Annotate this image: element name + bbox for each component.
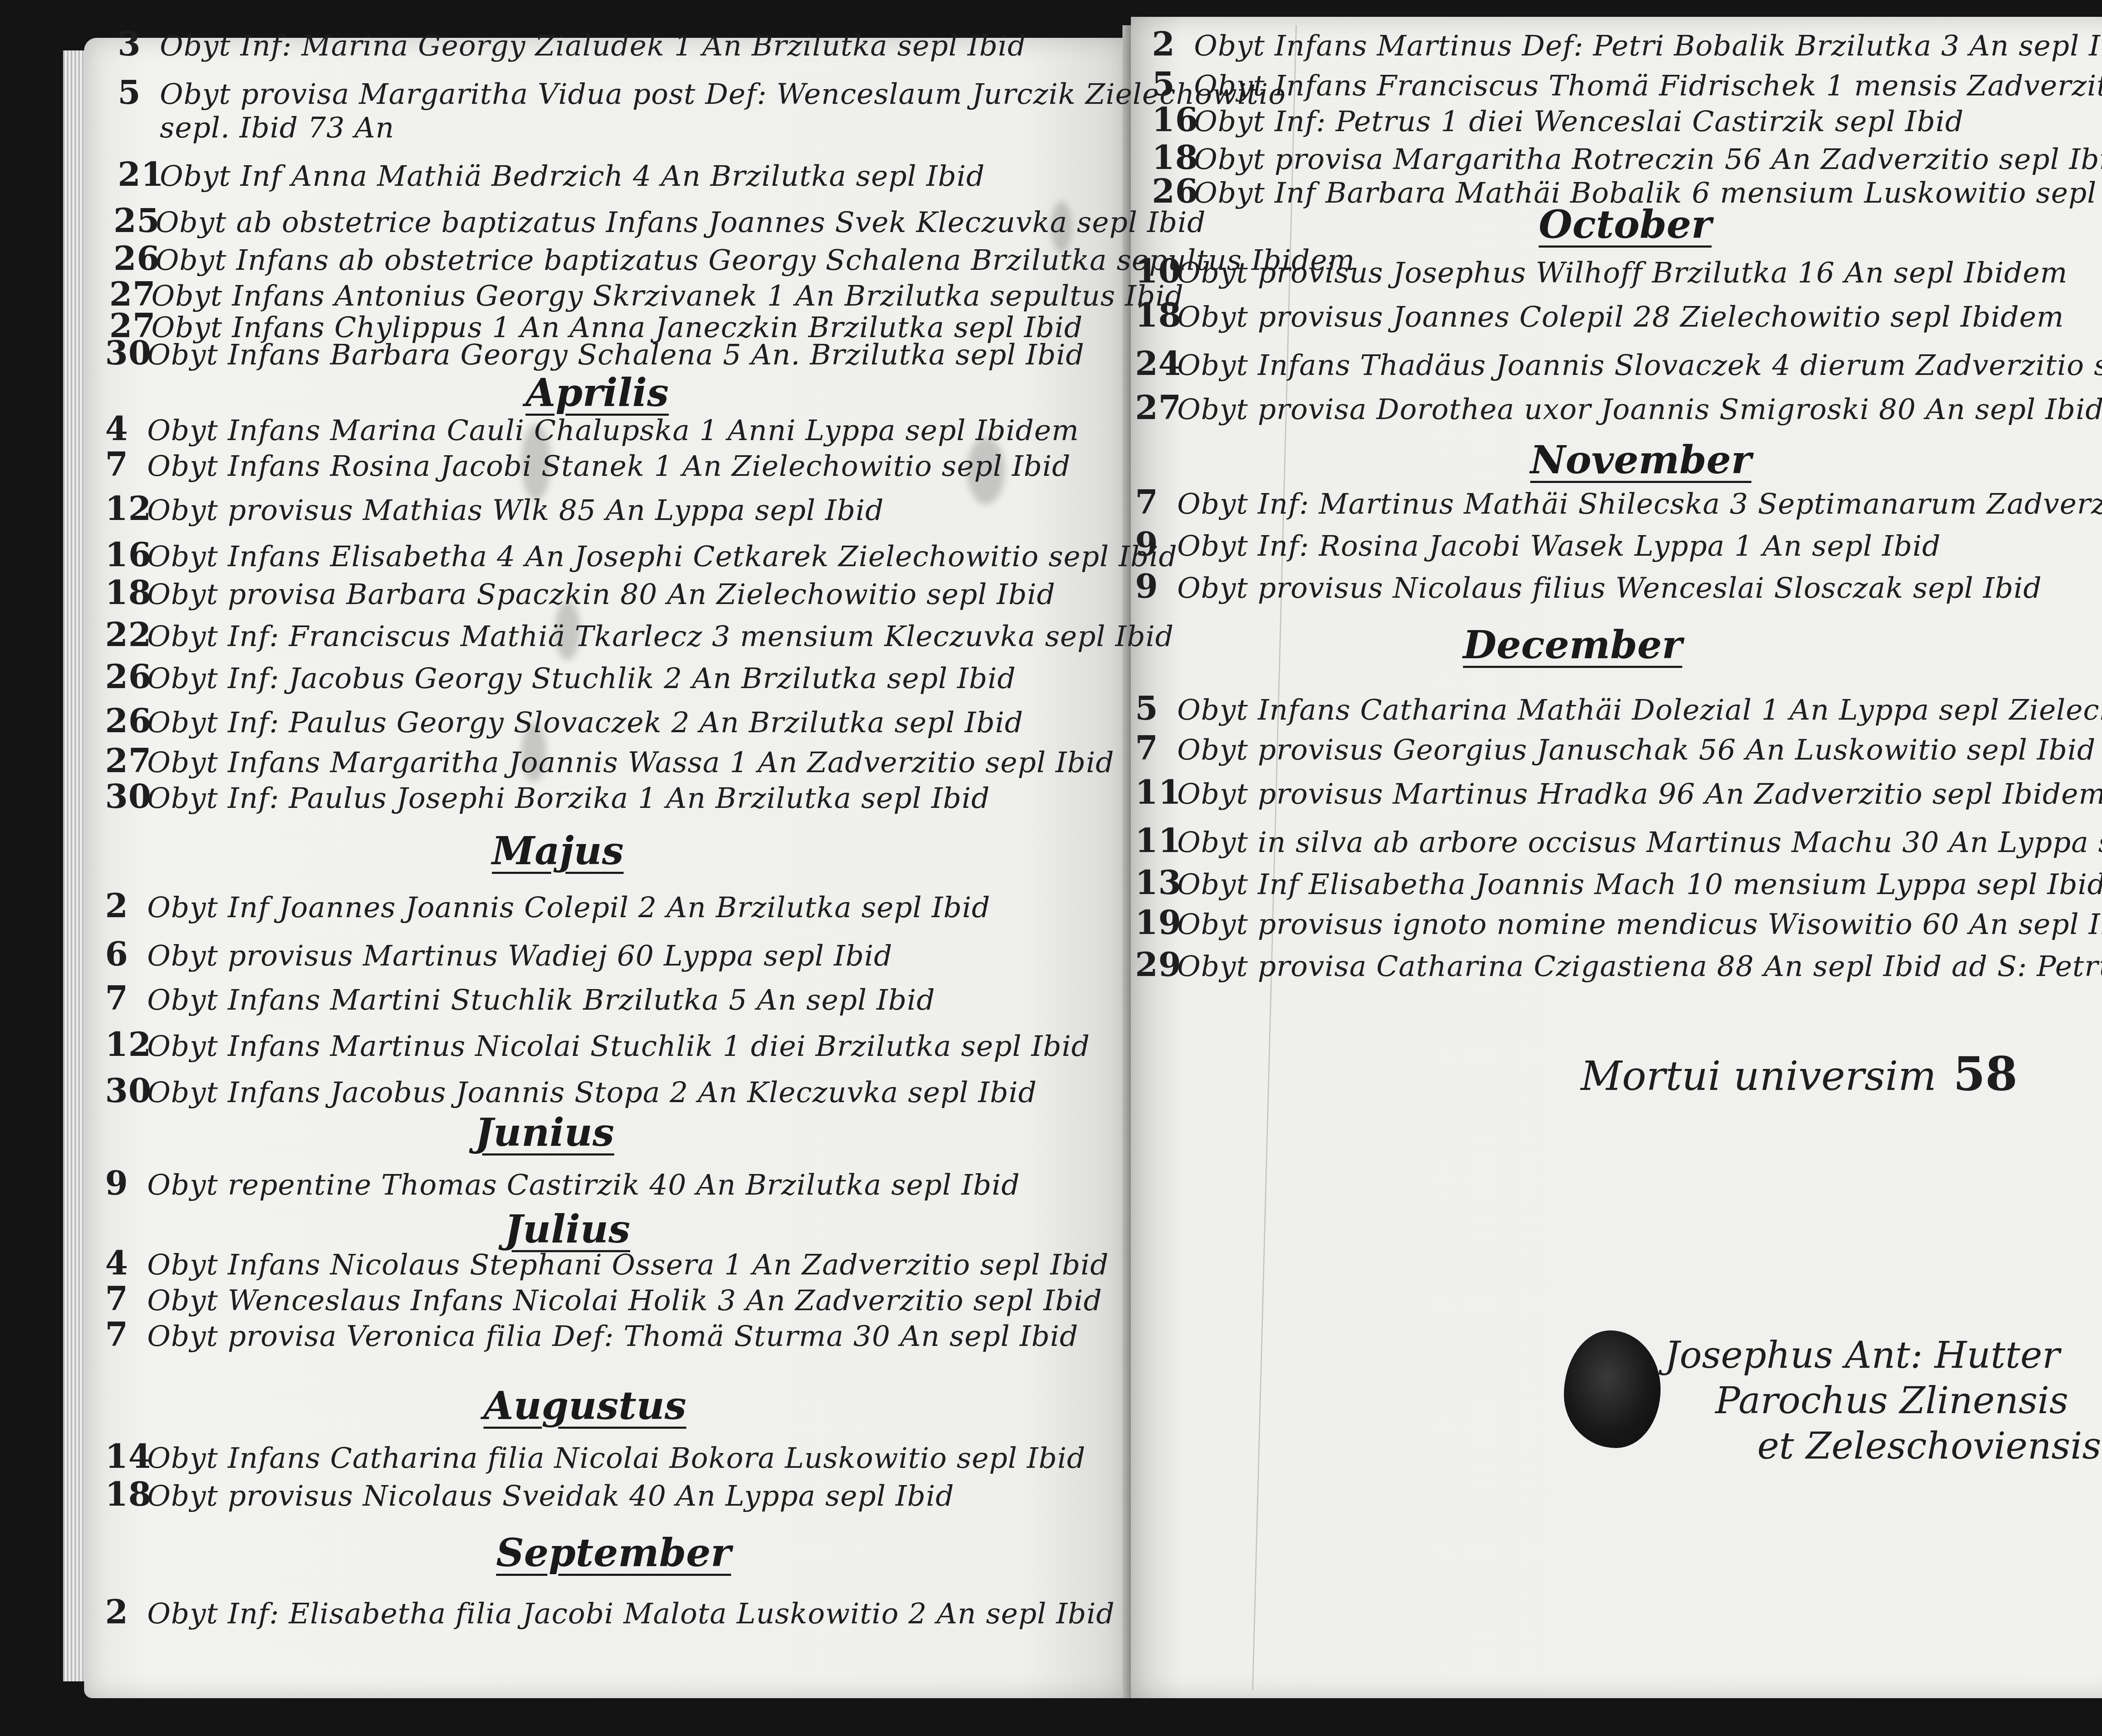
- entry-text: Obyt provisus Martinus Hradka 96 An Zadv…: [1177, 778, 2102, 811]
- entry-text: Obyt provisa Veronica filia Def: Thomä S…: [147, 1320, 1078, 1353]
- entry: 18Obyt provisa Margaritha Rotreczin 56 A…: [1152, 139, 2102, 177]
- entry-day: 26: [105, 658, 147, 696]
- entry: 30Obyt Infans Jacobus Joannis Stopa 2 An…: [105, 1072, 1037, 1110]
- priest-signature: Josephus Ant: Hutter Parochus Zlinensis …: [1665, 1332, 2102, 1469]
- wax-seal-icon: [1564, 1330, 1661, 1448]
- entry-day: 25: [114, 202, 156, 240]
- entry-text: Obyt provisa Margaritha Vidua post Def: …: [160, 78, 1286, 111]
- entry-text: Obyt Infans Margaritha Joannis Wassa 1 A…: [147, 746, 1114, 779]
- entry: 5Obyt provisa Margaritha Vidua post Def:…: [118, 74, 1286, 112]
- entry-day: 18: [105, 1475, 147, 1514]
- entry: 7Obyt provisus Georgius Januschak 56 An …: [1135, 729, 2096, 768]
- entry-text: Obyt Inf: Franciscus Mathiä Tkarlecz 3 m…: [147, 620, 1174, 653]
- entry-day: 26: [114, 240, 156, 278]
- entry: 7Obyt Infans Rosina Jacobi Stanek 1 An Z…: [105, 446, 1071, 484]
- entry-day: 16: [1152, 101, 1194, 139]
- entry-text: Obyt Infans Martinus Def: Petri Bobalik …: [1194, 29, 2102, 63]
- entry-text: Obyt provisa Margaritha Rotreczin 56 An …: [1194, 143, 2102, 176]
- death-total: Mortui universim58: [1581, 1047, 2017, 1101]
- entry: 9Obyt repentine Thomas Castirzik 40 An B…: [105, 1164, 1020, 1203]
- entry-day: 9: [105, 1164, 147, 1203]
- entry-text: Obyt provisus Joannes Colepil 28 Zielech…: [1177, 301, 2064, 334]
- entry-text: Obyt provisa Catharina Czigastiena 88 An…: [1177, 950, 2102, 983]
- entry-text: Obyt Inf: Paulus Josephi Borzika 1 An Br…: [147, 782, 990, 815]
- entry-day: 26: [1152, 172, 1194, 211]
- entry-day: 3: [118, 25, 160, 63]
- entry-day: 7: [1135, 729, 1177, 768]
- entry-text: Obyt provisus Martinus Wadiej 60 Lyppa s…: [147, 939, 893, 973]
- entry: 2Obyt Infans Martinus Def: Petri Bobalik…: [1152, 25, 2102, 63]
- entry-text: Obyt Inf: Petrus 1 diei Wenceslai Castir…: [1194, 105, 1964, 138]
- entry: 18Obyt provisus Joannes Colepil 28 Ziele…: [1135, 296, 2064, 335]
- entry-text: Obyt Infans Martinus Nicolai Stuchlik 1 …: [147, 1030, 1090, 1063]
- entry-day: 9: [1135, 567, 1177, 606]
- entry-day: 4: [105, 1244, 147, 1282]
- entry: 24Obyt Infans Thadäus Joannis Slovaczek …: [1135, 345, 2102, 383]
- entry-text: Obyt provisus Nicolaus Sveidak 40 An Lyp…: [147, 1480, 954, 1513]
- entry-text: Obyt Infans Nicolaus Stephani Ossera 1 A…: [147, 1248, 1109, 1282]
- entry-text: Obyt provisus Georgius Januschak 56 An L…: [1177, 733, 2096, 767]
- entry: 25Obyt ab obstetrice baptizatus Infans J…: [114, 202, 1206, 240]
- entry-text: Obyt Inf Elisabetha Joannis Mach 10 mens…: [1177, 868, 2102, 901]
- entry: 21Obyt Inf Anna Mathiä Bedrzich 4 An Brz…: [118, 156, 985, 194]
- month-heading: September: [496, 1530, 731, 1575]
- signature-line: Parochus Zlinensis: [1715, 1378, 2102, 1423]
- total-count: 58: [1953, 1047, 2017, 1101]
- book-scan: 3Obyt Inf: Marina Georgy Zialudek 1 An B…: [0, 0, 2102, 1736]
- entry: 7Obyt Inf: Martinus Mathäi Shilecska 3 S…: [1135, 483, 2102, 522]
- entry-day: 2: [1152, 25, 1194, 63]
- entry-day: 10: [1135, 252, 1177, 290]
- entry: 29Obyt provisa Catharina Czigastiena 88 …: [1135, 946, 2102, 984]
- entry-text: Obyt Inf Anna Mathiä Bedrzich 4 An Brzil…: [160, 160, 985, 193]
- entry: 6Obyt provisus Martinus Wadiej 60 Lyppa …: [105, 935, 893, 974]
- entry-text: Obyt provisus ignoto nomine mendicus Wis…: [1177, 908, 2102, 941]
- entry-day: 7: [105, 1316, 147, 1354]
- entry: 12Obyt provisus Mathias Wlk 85 An Lyppa …: [105, 490, 884, 528]
- entry: 5Obyt Infans Catharina Mathäi Dolezial 1…: [1135, 689, 2102, 728]
- signature-line: Josephus Ant: Hutter: [1665, 1332, 2102, 1378]
- entry-day: 30: [105, 334, 147, 372]
- month-heading: Aprilis: [525, 370, 669, 415]
- entry-text: Obyt Wenceslaus Infans Nicolai Holik 3 A…: [147, 1284, 1102, 1317]
- entry: 7Obyt provisa Veronica filia Def: Thomä …: [105, 1316, 1078, 1354]
- entry: 30Obyt Infans Barbara Georgy Schalena 5 …: [105, 334, 1085, 372]
- entry-text: Obyt provisus Nicolaus filius Wenceslai …: [1177, 572, 2042, 605]
- entry: sepl. Ibid 73 An: [118, 111, 394, 145]
- entry-day: 18: [1152, 139, 1194, 177]
- entry-text: Obyt Infans Rosina Jacobi Stanek 1 An Zi…: [147, 450, 1071, 483]
- month-heading: November: [1530, 437, 1751, 483]
- entry-day: 26: [105, 702, 147, 740]
- entry-text: Obyt Infans Marina Cauli Chalupska 1 Ann…: [147, 414, 1079, 447]
- entry-text: Obyt provisus Josephus Wilhoff Brzilutka…: [1177, 256, 2068, 290]
- signature-line: et Zeleschoviensis.: [1757, 1423, 2102, 1469]
- month-heading: December: [1463, 622, 1682, 667]
- entry-day: 6: [105, 935, 147, 974]
- entry: 12Obyt Infans Martinus Nicolai Stuchlik …: [105, 1026, 1090, 1064]
- month-heading: Junius: [475, 1110, 614, 1155]
- entry-day: 7: [105, 1280, 147, 1318]
- entry: 22Obyt Inf: Franciscus Mathiä Tkarlecz 3…: [105, 616, 1174, 654]
- entry-text: Obyt Infans Barbara Georgy Schalena 5 An…: [147, 338, 1085, 372]
- entry-text: Obyt Infans Thadäus Joannis Slovaczek 4 …: [1177, 349, 2102, 382]
- entry-text: Obyt Inf: Rosina Jacobi Wasek Lyppa 1 An…: [1177, 530, 1941, 563]
- entry-text: Obyt Inf: Marina Georgy Zialudek 1 An Br…: [160, 29, 1026, 63]
- entry: 9Obyt Inf: Rosina Jacobi Wasek Lyppa 1 A…: [1135, 525, 1941, 564]
- entry-day: 7: [105, 446, 147, 484]
- entry-day: 27: [105, 742, 147, 780]
- entry: 19Obyt provisus ignoto nomine mendicus W…: [1135, 904, 2102, 942]
- entry-text: Obyt provisus Mathias Wlk 85 An Lyppa se…: [147, 494, 884, 527]
- entry-text: Obyt provisa Dorothea uxor Joannis Smigr…: [1177, 393, 2102, 426]
- entry-day: 11: [1135, 773, 1177, 812]
- entry-text: sepl. Ibid 73 An: [160, 111, 394, 145]
- entry-day: 5: [118, 74, 160, 112]
- month-heading: October: [1539, 202, 1711, 247]
- entry-text: Obyt ab obstetrice baptizatus Infans Joa…: [156, 206, 1206, 239]
- entry-day: 29: [1135, 946, 1177, 984]
- entry-day: 30: [105, 778, 147, 816]
- entry-day: 18: [1135, 296, 1177, 335]
- entry: 27Obyt provisa Dorothea uxor Joannis Smi…: [1135, 389, 2102, 427]
- entry: 18Obyt provisa Barbara Spaczkin 80 An Zi…: [105, 574, 1056, 612]
- entry-text: Obyt Infans Elisabetha 4 An Josephi Cetk…: [147, 540, 1178, 573]
- entry-text: Obyt Infans Martini Stuchlik Brzilutka 5…: [147, 984, 935, 1017]
- entry: 11Obyt provisus Martinus Hradka 96 An Za…: [1135, 773, 2102, 812]
- entry-text: Obyt Infans Catharina filia Nicolai Boko…: [147, 1442, 1085, 1475]
- entry: 27Obyt Infans Margaritha Joannis Wassa 1…: [105, 742, 1114, 780]
- entry-day: 18: [105, 574, 147, 612]
- entry: 2Obyt Inf: Elisabetha filia Jacobi Malot…: [105, 1593, 1115, 1631]
- entry-text: Obyt in silva ab arbore occisus Martinus…: [1177, 826, 2102, 859]
- entry-day: 5: [1152, 65, 1194, 103]
- entry-text: Obyt provisa Barbara Spaczkin 80 An Ziel…: [147, 578, 1056, 611]
- entry: 30Obyt Inf: Paulus Josephi Borzika 1 An …: [105, 778, 990, 816]
- entry-text: Obyt Inf: Jacobus Georgy Stuchlik 2 An B…: [147, 662, 1016, 695]
- entry: 4Obyt Infans Nicolaus Stephani Ossera 1 …: [105, 1244, 1109, 1282]
- entry: 10Obyt provisus Josephus Wilhoff Brzilut…: [1135, 252, 2068, 290]
- entry-day: 21: [118, 156, 160, 194]
- entry-day: 19: [1135, 904, 1177, 942]
- entry: 9Obyt provisus Nicolaus filius Wenceslai…: [1135, 567, 2042, 606]
- entry-text: Obyt Infans Jacobus Joannis Stopa 2 An K…: [147, 1076, 1037, 1109]
- entry-day: 9: [1135, 525, 1177, 564]
- entry-day: 4: [105, 410, 147, 448]
- entry: 14Obyt Infans Catharina filia Nicolai Bo…: [105, 1438, 1085, 1476]
- entry-day: 22: [105, 616, 147, 654]
- entry-day: 11: [1135, 822, 1177, 860]
- entry: 7Obyt Infans Martini Stuchlik Brzilutka …: [105, 979, 935, 1018]
- month-heading: Majus: [492, 828, 623, 873]
- entry-day: 12: [105, 1026, 147, 1064]
- entry-day: 16: [105, 536, 147, 574]
- entry: 18Obyt provisus Nicolaus Sveidak 40 An L…: [105, 1475, 954, 1514]
- entry-text: Obyt Inf Joannes Joannis Colepil 2 An Br…: [147, 891, 990, 924]
- entry: 13Obyt Inf Elisabetha Joannis Mach 10 me…: [1135, 864, 2102, 902]
- entry-day: 7: [1135, 483, 1177, 522]
- month-heading: Augustus: [483, 1383, 686, 1428]
- entry: 3Obyt Inf: Marina Georgy Zialudek 1 An B…: [118, 25, 1026, 63]
- entry: 26Obyt Inf: Jacobus Georgy Stuchlik 2 An…: [105, 658, 1016, 696]
- entry-text: Obyt repentine Thomas Castirzik 40 An Br…: [147, 1169, 1020, 1202]
- entry-day: 2: [105, 887, 147, 925]
- total-label: Mortui universim: [1581, 1053, 1936, 1100]
- entry-day: 5: [1135, 689, 1177, 728]
- entry-day: 7: [105, 979, 147, 1018]
- entry-day: 30: [105, 1072, 147, 1110]
- entry-day: 12: [105, 490, 147, 528]
- entry-text: Obyt Infans Franciscus Thomä Fidrischek …: [1194, 69, 2102, 103]
- entry-day: 27: [1135, 389, 1177, 427]
- entry: 16Obyt Inf: Petrus 1 diei Wenceslai Cast…: [1152, 101, 1964, 139]
- entry-text: Obyt Inf: Martinus Mathäi Shilecska 3 Se…: [1177, 488, 2102, 521]
- entry-day: 13: [1135, 864, 1177, 902]
- entry: 11Obyt in silva ab arbore occisus Martin…: [1135, 822, 2102, 860]
- entry-text: Obyt Inf: Elisabetha filia Jacobi Malota…: [147, 1597, 1115, 1630]
- entry-day: 2: [105, 1593, 147, 1631]
- entry-text: Obyt Infans Catharina Mathäi Dolezial 1 …: [1177, 694, 2102, 727]
- entry: 16Obyt Infans Elisabetha 4 An Josephi Ce…: [105, 536, 1178, 574]
- entry-day: 14: [105, 1438, 147, 1476]
- entry: 26Obyt Inf: Paulus Georgy Slovaczek 2 An…: [105, 702, 1023, 740]
- entry-day: 24: [1135, 345, 1177, 383]
- entry: 7Obyt Wenceslaus Infans Nicolai Holik 3 …: [105, 1280, 1102, 1318]
- entry: 4Obyt Infans Marina Cauli Chalupska 1 An…: [105, 410, 1079, 448]
- entry: 2Obyt Inf Joannes Joannis Colepil 2 An B…: [105, 887, 990, 925]
- entry-text: Obyt Inf: Paulus Georgy Slovaczek 2 An B…: [147, 706, 1023, 739]
- entry: 5Obyt Infans Franciscus Thomä Fidrischek…: [1152, 65, 2102, 103]
